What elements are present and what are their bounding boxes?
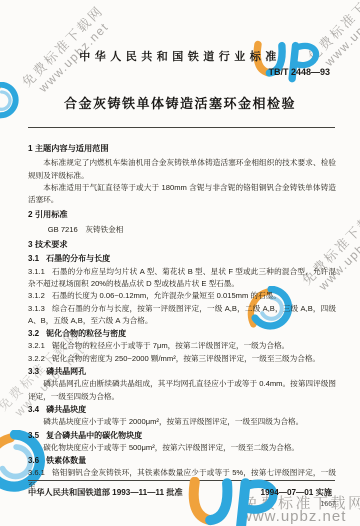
clause-3-2: 3.2铌化合物的粒径与密度 — [28, 328, 336, 340]
clause-number: 3.6 — [28, 455, 39, 467]
section-1-heading: 1 主题内容与适用范围 — [28, 143, 336, 155]
standard-authority-line: 中华人民共和国铁道行业标准 — [0, 48, 360, 64]
scanned-standard-page: 免费标准下载网 www.upbz.net 免费标准下载网 www.upbz.ne… — [0, 0, 360, 526]
clause-3-2-2: 3.2.2铌化合物的密度为 250~2000 颗/mm²，按第三评级图评定，一级… — [28, 353, 336, 365]
clause-number: 3.2.2 — [28, 353, 45, 365]
clause-3-5-paragraph: 碳化物块度应小于或等于 500μm²，按第六评级图评定，一级至二级为合格。 — [28, 442, 336, 454]
clause-3-4-paragraph: 磷共晶块度应小于或等于 2000μm²，按第五评级图评定，一级至四级为合格。 — [28, 416, 336, 428]
page-number: 1667 — [320, 501, 336, 508]
clause-text: 复合磷共晶中的碳化物块度 — [46, 431, 142, 440]
clause-text: 铌化合物的密度为 250~2000 颗/mm²，按第三评级图评定，一级至三级为合… — [52, 354, 320, 363]
clause-text: 磷共晶块度 — [46, 405, 86, 414]
clause-text: 铌化合物的粒径与密度 — [46, 329, 126, 338]
section-1-paragraph: 本标准规定了内燃机车柴油机用合金灰铸铁单体铸造活塞环金相组织的技术要求、检验规则… — [28, 157, 336, 182]
upbz-up-logo-icon — [184, 477, 284, 526]
clause-3-1-2: 3.1.2石墨的长度为 0.06~0.12mm，允许混杂少量短至 0.015mm… — [28, 290, 336, 302]
clause-text: 磷共晶网孔 — [46, 367, 86, 376]
clause-3-1-3: 3.1.3综合石墨的分布与长度，按第一评级图评定，一级 A,B，二级 A,B，三… — [28, 303, 336, 328]
clause-3-3: 3.3磷共晶网孔 — [28, 366, 336, 378]
clause-3-4: 3.4磷共晶块度 — [28, 404, 336, 416]
clause-number: 3.3 — [28, 366, 39, 378]
clause-3-1: 3.1石墨的分布与长度 — [28, 253, 336, 265]
clause-3-5: 3.5复合磷共晶中的碳化物块度 — [28, 430, 336, 442]
clause-3-6: 3.6铁素体数量 — [28, 455, 336, 467]
section-2-heading: 2 引用标准 — [28, 209, 336, 221]
document-body: 1 主题内容与适用范围 本标准规定了内燃机车柴油机用合金灰铸铁单体铸造活塞环金相… — [28, 140, 336, 492]
clause-number: 3.4 — [28, 404, 39, 416]
header-divider — [28, 127, 335, 128]
section-3-heading: 3 技术要求 — [28, 239, 336, 251]
clause-3-1-1: 3.1.1石墨的分布应呈均匀片状 A 型、菊花状 B 型、星状 F 型或此三种的… — [28, 266, 336, 291]
clause-text: 综合石墨的分布与长度，按第一评级图评定，一级 A,B，二级 A,B，三级 A,B… — [28, 304, 336, 325]
clause-number: 3.2.1 — [28, 340, 45, 352]
clause-text: 石墨的分布与长度 — [46, 254, 110, 263]
clause-number: 3.6.1 — [28, 467, 45, 479]
clause-number: 3.1.3 — [28, 303, 45, 315]
implementation-date: 1994—07—01 实施 — [261, 487, 332, 498]
clause-number: 3.1 — [28, 253, 39, 265]
referenced-standard: GB 7216 灰铸铁金相 — [48, 224, 336, 236]
clause-3-3-paragraph: 磷共晶网孔应由断续磷共晶组成，其平均网孔直径应小于或等于 0.4mm。按第四评级… — [28, 378, 336, 403]
clause-text: 铌化合物的粒径应小于或等于 7μm，按第二评级图评定，一级为合格。 — [52, 341, 289, 350]
approval-line: 中华人民共和国铁道部 1993—11—11 批准 — [28, 487, 183, 498]
clause-text: 石墨的分布应呈均匀片状 A 型、菊花状 B 型、星状 F 型或此三种的混合型，允… — [28, 267, 336, 288]
clause-3-2-1: 3.2.1铌化合物的粒径应小于或等于 7μm，按第二评级图评定，一级为合格。 — [28, 340, 336, 352]
clause-number: 3.1.2 — [28, 290, 45, 302]
clause-text: 铁素体数量 — [46, 456, 86, 465]
clause-text: 石墨的长度为 0.06~0.12mm，允许混杂少量短至 0.015mm 的石墨。 — [52, 291, 281, 300]
page-title: 合金灰铸铁单体铸造活塞环金相检验 — [0, 93, 360, 112]
clause-number: 3.2 — [28, 328, 39, 340]
standard-number: TB/T 2448—93 — [268, 67, 330, 77]
footer-divider — [28, 480, 335, 481]
clause-number: 3.1.1 — [28, 266, 45, 278]
section-1-paragraph: 本标准适用于气缸直径等于或大于 180mm 含铌与非含铌的铬钼铜钒合金铸铁单体铸… — [28, 182, 336, 207]
clause-number: 3.5 — [28, 430, 39, 442]
